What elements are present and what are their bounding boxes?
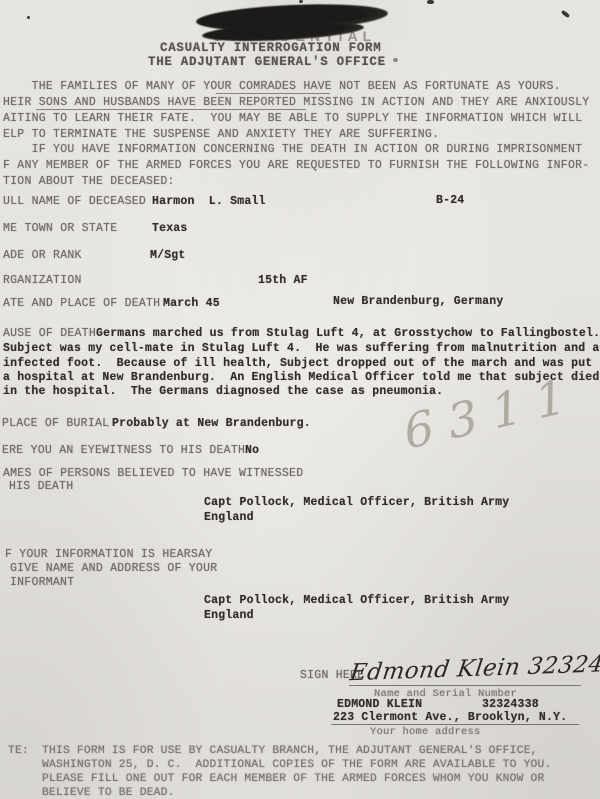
instruction-line: IF YOU HAVE INFORMATION CONCERNING THE D… <box>3 144 582 156</box>
field-value-full-name: Harmon L. Small <box>152 196 266 208</box>
cause-of-death-line: infected foot. Because of ill health, Su… <box>3 358 600 370</box>
field-value-informant-country: England <box>204 610 254 622</box>
field-label-witnesses-line1: AMES OF PERSONS BELIEVED TO HAVE WITNESS… <box>3 468 303 480</box>
field-value-informant-name: Capt Pollock, Medical Officer, British A… <box>204 595 509 607</box>
intro-line: HEIR SONS AND HUSBANDS HAVE BEEN REPORTE… <box>3 97 589 109</box>
field-label-hearsay-line3: INFORMANT <box>10 577 74 589</box>
field-label-home-town: ME TOWN OR STATE <box>3 223 117 235</box>
home-address-caption: Your home address <box>370 726 481 738</box>
ink-speck <box>561 10 571 19</box>
scanned-document-page: CONFIDENTIAL CASUALTY INTERROGATION FORM… <box>0 0 600 799</box>
ink-speck <box>393 58 398 62</box>
field-value-home-town: Texas <box>152 223 188 235</box>
field-label-eyewitness: ERE YOU AN EYEWITNESS TO HIS DEATH <box>2 445 245 457</box>
field-label-hearsay-line2: GIVE NAME AND ADDRESS OF YOUR <box>10 563 217 575</box>
note-line: THIS FORM IS FOR USE BY CASUALTY BRANCH,… <box>42 745 538 757</box>
field-label-organization: RGANIZATION <box>3 275 82 287</box>
note-line: WASHINGTON 25, D. C. ADDITIONAL COPIES O… <box>42 759 551 771</box>
field-value-place-of-burial: Probably at New Brandenburg. <box>112 418 311 430</box>
signature-line <box>349 685 581 686</box>
instruction-line: F ANY MEMBER OF THE ARMED FORCES YOU ARE… <box>3 160 589 172</box>
note-line: PLEASE FILL ONE OUT FOR EACH MEMBER OF T… <box>42 773 545 785</box>
cause-of-death-line: Subject was my cell-mate in Stulag Luft … <box>3 343 600 355</box>
field-value-eyewitness: No <box>245 445 259 457</box>
field-label-hearsay-line1: F YOUR INFORMATION IS HEARSAY <box>5 549 212 561</box>
note-label: TE: <box>8 745 29 757</box>
field-value-death-place: New Brandenburg, Germany <box>333 296 503 308</box>
ink-speck <box>299 0 303 3</box>
typewriter-underline <box>216 93 330 94</box>
typewriter-underline <box>36 109 306 110</box>
form-title: CASUALTY INTERROGATION FORM <box>160 41 381 55</box>
field-label-full-name: ULL NAME OF DECEASED <box>3 196 146 208</box>
instruction-line: TION ABOUT THE DECEASED: <box>3 176 175 188</box>
ink-speck <box>427 0 434 4</box>
field-label-date-place-of-death: ATE AND PLACE OF DEATH <box>3 298 160 310</box>
typed-home-address: 223 Clermont Ave., Brooklyn, N.Y. <box>333 712 567 724</box>
field-value-death-date: March 45 <box>163 298 220 310</box>
cause-of-death-line: in the hospital. The Germans diagnosed t… <box>3 386 443 398</box>
field-value-witness-country: England <box>204 512 254 524</box>
field-value-organization: 15th AF <box>258 275 308 287</box>
field-value-grade: M/Sgt <box>150 250 186 262</box>
ink-speck <box>27 16 30 19</box>
field-label-grade: ADE OR RANK <box>3 250 82 262</box>
signature-handwriting: Edmond Klein 32324338 <box>348 650 600 687</box>
agency-title: THE ADJUTANT GENERAL'S OFFICE <box>148 55 386 69</box>
cause-of-death-line: Germans marched us from Stulag Luft 4, a… <box>96 328 600 340</box>
intro-line: AITING TO LEARN THEIR FATE. YOU MAY BE A… <box>3 113 582 125</box>
aircraft-annotation: B-24 <box>436 195 464 207</box>
typed-name: EDMOND KLEIN <box>337 699 422 711</box>
typed-serial-number: 32324338 <box>482 699 539 711</box>
field-value-witness-name: Capt Pollock, Medical Officer, British A… <box>204 497 509 509</box>
field-label-witnesses-line2: HIS DEATH <box>9 481 73 493</box>
field-label-place-of-burial: PLACE OF BURIAL <box>2 418 109 430</box>
intro-line: ELP TO TERMINATE THE SUSPENSE AND ANXIET… <box>3 129 439 141</box>
note-line: BELIEVE TO BE DEAD. <box>42 787 175 799</box>
field-label-cause-of-death: AUSE OF DEATH <box>3 328 96 340</box>
intro-line: THE FAMILIES OF MANY OF YOUR COMRADES HA… <box>3 81 561 93</box>
